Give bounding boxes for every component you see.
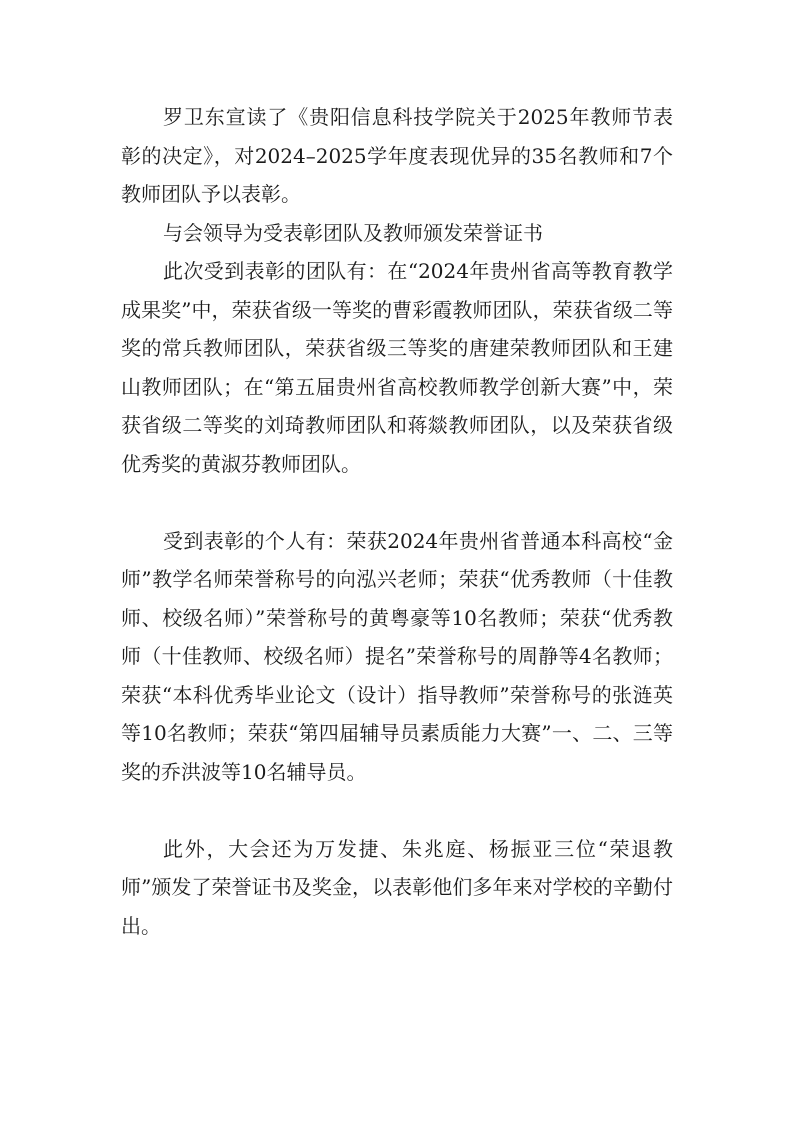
- paragraph-announcement: 罗卫东宣读了《贵阳信息科技学院关于2025年教师节表彰的决定》，对2024–20…: [121, 98, 673, 214]
- paragraph-caption: 与会领导为受表彰团队及教师颁发荣誉证书: [121, 214, 673, 253]
- paragraph-retirees: 此外，大会还为万发捷、朱兆庭、杨振亚三位“荣退教师”颁发了荣誉证书及奖金，以表彰…: [121, 830, 673, 946]
- spacer: [121, 791, 673, 830]
- paragraph-teams: 此次受到表彰的团队有：在“2024年贵州省高等教育教学成果奖”中，荣获省级一等奖…: [121, 252, 673, 483]
- paragraph-individuals: 受到表彰的个人有：荣获2024年贵州省普通本科高校“金师”教学名师荣誉称号的向泓…: [121, 522, 673, 792]
- spacer: [121, 483, 673, 522]
- document-page: 罗卫东宣读了《贵阳信息科技学院关于2025年教师节表彰的决定》，对2024–20…: [121, 98, 673, 945]
